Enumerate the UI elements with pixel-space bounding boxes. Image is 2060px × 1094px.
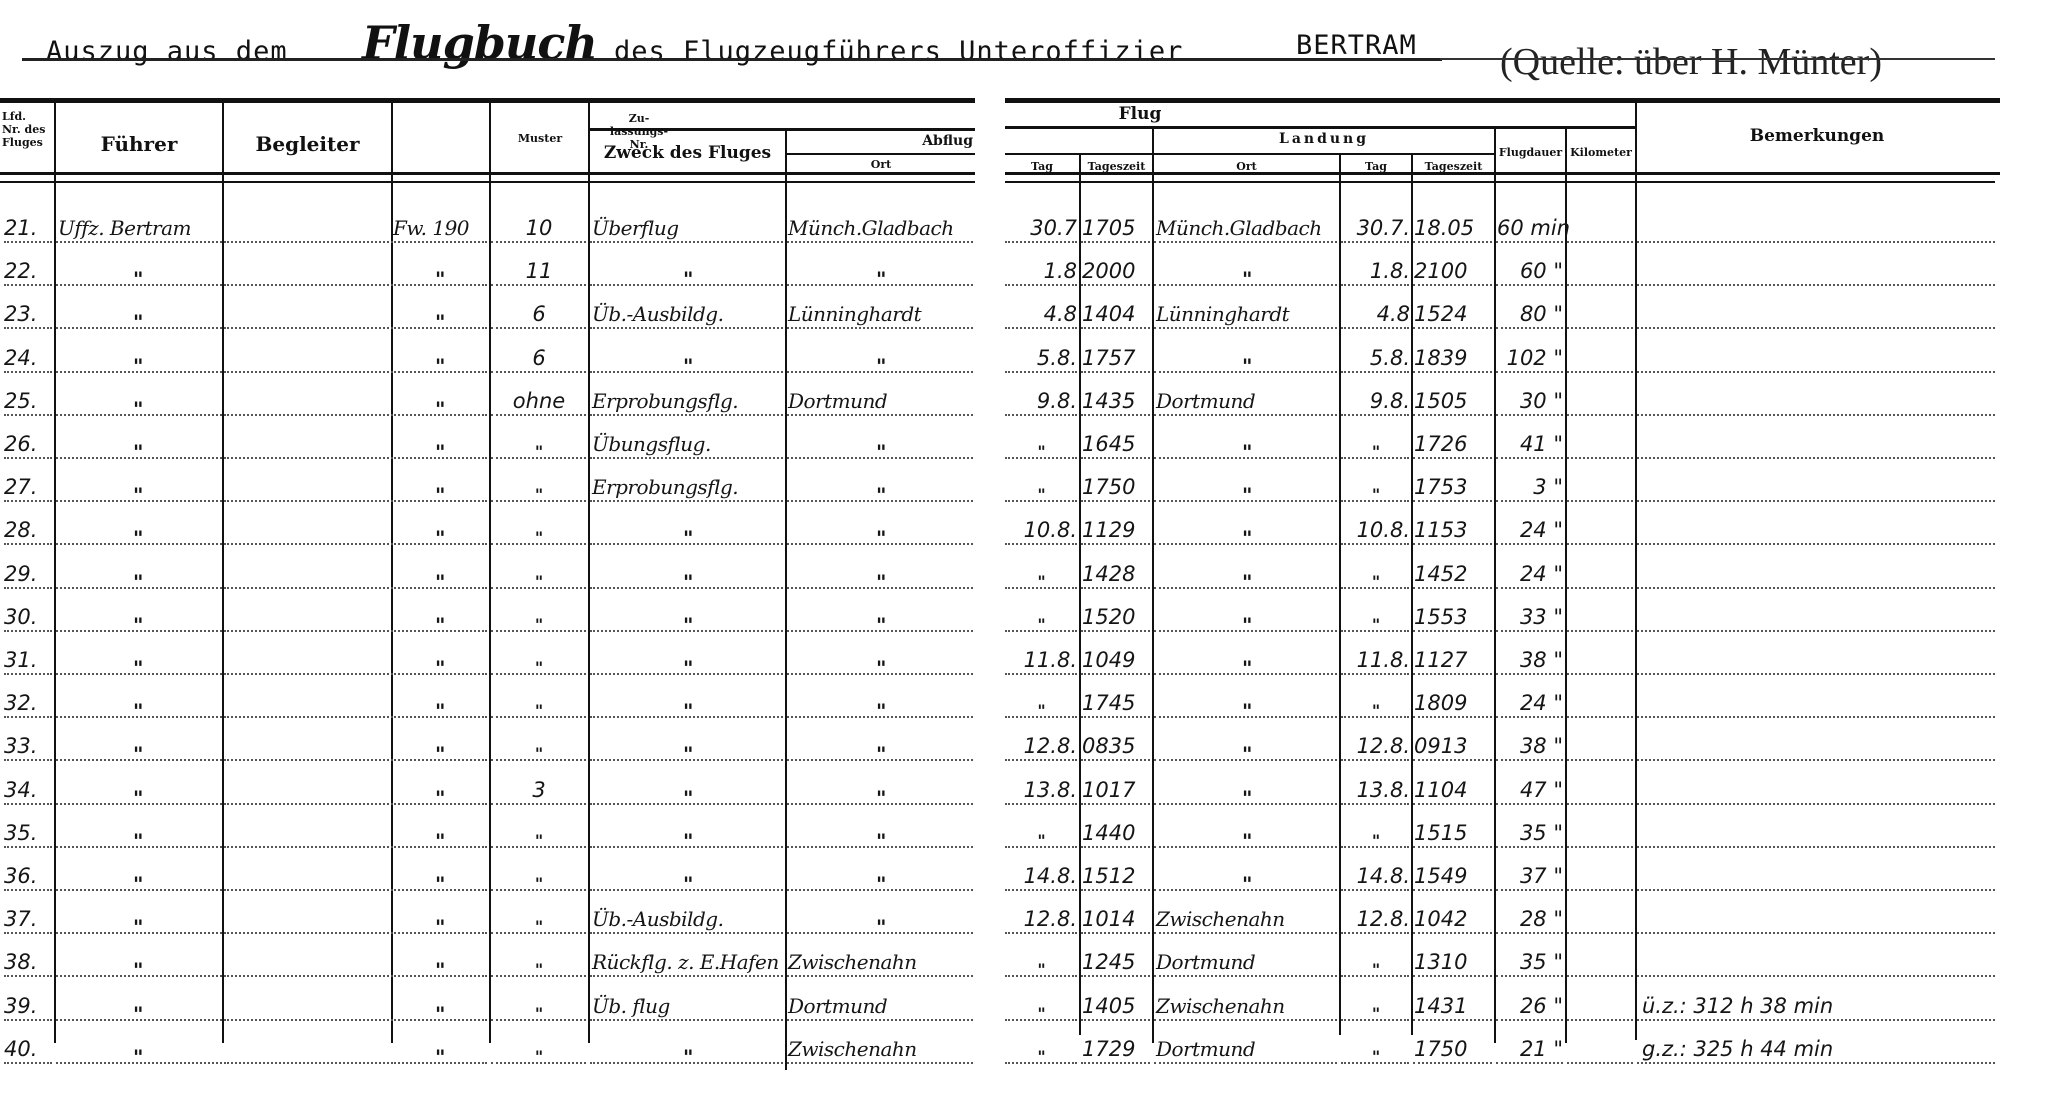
cell-landung-ort: Zwischenahn: [1156, 905, 1338, 933]
header-fuehrer: Führer: [56, 132, 222, 156]
cell-flugdauer: 60 ": [1497, 257, 1563, 285]
cell-landung-ort: ": [1156, 654, 1338, 682]
cell-abflug-zeit: 1129: [1082, 516, 1152, 544]
cell-abflug-tag: ": [1006, 1000, 1077, 1028]
title-prefix: Auszug aus dem: [46, 36, 288, 67]
ruled-line: [1567, 371, 1633, 373]
ruled-line: [1637, 932, 1995, 934]
cell-abflug-ort: ": [788, 438, 974, 466]
ruled-line: [1637, 284, 1995, 286]
cell-abflug-ort: ": [788, 870, 974, 898]
cell-zweck: Üb.-Ausbildg.: [592, 905, 784, 933]
cell-bemerkungen: ü.z.: 312 h 38 min: [1642, 992, 1942, 1020]
ruled-line: [1637, 457, 1995, 459]
cell-landung-ort: ": [1156, 352, 1338, 380]
cell-zulassungs-nr: ": [492, 654, 586, 682]
cell-landung-ort: ": [1156, 568, 1338, 596]
ruled-line: [1567, 1019, 1633, 1021]
cell-abflug-ort: ": [788, 784, 974, 812]
ruled-line: [1637, 500, 1995, 502]
cell-abflug-zeit: 1645: [1082, 430, 1152, 458]
ruled-line: [1637, 716, 1995, 718]
header-landung-tageszeit: Tageszeit: [1413, 160, 1494, 173]
pilot-name: BERTRAM: [1296, 30, 1417, 61]
cell-zulassungs-nr: ": [492, 1000, 586, 1028]
cell-flugdauer: 35 ": [1497, 948, 1563, 976]
cell-zweck: Üb.-Ausbildg.: [592, 300, 784, 328]
cell-landung-ort: Dortmund: [1156, 1035, 1338, 1063]
right-top-rule: [1005, 98, 2000, 103]
cell-zweck: ": [592, 568, 784, 596]
cell-fuehrer: ": [58, 395, 218, 423]
cell-flugdauer: 41 ": [1497, 430, 1563, 458]
cell-abflug-ort: ": [788, 740, 974, 768]
header-abflug: Abflug: [787, 135, 973, 148]
ruled-line: [1567, 803, 1633, 805]
cell-muster: ": [393, 697, 487, 725]
cell-landung-tag: ": [1342, 611, 1410, 639]
cell-abflug-tag: ": [1006, 827, 1077, 855]
header-zweck: Zweck des Fluges: [590, 143, 785, 163]
cell-zweck: Üb. flug: [592, 992, 784, 1020]
cell-abflug-ort: ": [788, 654, 974, 682]
cell-abflug-tag: ": [1006, 697, 1077, 725]
cell-zweck: ": [592, 265, 784, 293]
header-abflug-tag: Tag: [1005, 160, 1079, 173]
cell-lfd-nr: 26.: [4, 430, 54, 458]
cell-muster: ": [393, 740, 487, 768]
cell-fuehrer: Uffz. Bertram: [58, 214, 218, 242]
cell-zulassungs-nr: ": [492, 870, 586, 898]
ruled-line: [1567, 414, 1633, 416]
cell-abflug-zeit: 1428: [1082, 560, 1152, 588]
cell-zulassungs-nr: ": [492, 913, 586, 941]
cell-abflug-tag: 30.7: [1006, 214, 1077, 242]
cell-lfd-nr: 23.: [4, 300, 54, 328]
cell-zulassungs-nr: ": [492, 697, 586, 725]
ruled-line: [1637, 889, 1995, 891]
cell-landung-ort: ": [1156, 740, 1338, 768]
ruled-line: [1567, 587, 1633, 589]
cell-abflug-zeit: 0835: [1082, 732, 1152, 760]
cell-abflug-ort: ": [788, 481, 974, 509]
cell-abflug-ort: ": [788, 611, 974, 639]
ruled-line: [224, 543, 389, 545]
cell-landung-tag: 12.8.: [1342, 732, 1410, 760]
left-top-rule: [0, 98, 975, 103]
cell-abflug-tag: 11.8.: [1006, 646, 1077, 674]
cell-bemerkungen: g.z.: 325 h 44 min: [1642, 1035, 1942, 1063]
cell-lfd-nr: 32.: [4, 689, 54, 717]
cell-landung-zeit: 1153: [1414, 516, 1492, 544]
header-begleiter: Begleiter: [224, 132, 391, 156]
cell-abflug-tag: 4.8: [1006, 300, 1077, 328]
ruled-line: [1637, 673, 1995, 675]
cell-landung-zeit: 2100: [1414, 257, 1492, 285]
cell-abflug-tag: 10.8.: [1006, 516, 1077, 544]
cell-landung-zeit: 1524: [1414, 300, 1492, 328]
cell-abflug-zeit: 1729: [1082, 1035, 1152, 1063]
ruled-line: [224, 1019, 389, 1021]
cell-landung-ort: Münch.Gladbach: [1156, 214, 1338, 242]
ruled-line: [224, 587, 389, 589]
cell-zweck: ": [592, 611, 784, 639]
cell-abflug-ort: ": [788, 524, 974, 552]
cell-lfd-nr: 30.: [4, 603, 54, 631]
cell-abflug-ort: Zwischenahn: [788, 1035, 974, 1063]
title-underline: [22, 58, 1442, 61]
cell-flugdauer: 60 min: [1497, 214, 1563, 242]
cell-lfd-nr: 40.: [4, 1035, 54, 1063]
cell-landung-zeit: 1809: [1414, 689, 1492, 717]
cell-abflug-ort: ": [788, 697, 974, 725]
cell-muster: ": [393, 870, 487, 898]
cell-fuehrer: ": [58, 265, 218, 293]
cell-landung-ort: ": [1156, 481, 1338, 509]
col-divider: [1494, 128, 1496, 1043]
abflug-ort-rule: [785, 153, 975, 155]
cell-landung-tag: ": [1342, 827, 1410, 855]
cell-zulassungs-nr: ": [492, 1043, 586, 1071]
cell-abflug-tag: ": [1006, 438, 1077, 466]
cell-fuehrer: ": [58, 611, 218, 639]
ruled-line: [1567, 673, 1633, 675]
cell-flugdauer: 24 ": [1497, 560, 1563, 588]
cell-zulassungs-nr: ohne: [492, 387, 586, 415]
cell-abflug-ort: Lünninghardt: [788, 300, 974, 328]
title-underline-strike: [1440, 58, 1995, 60]
cell-zulassungs-nr: ": [492, 481, 586, 509]
cell-lfd-nr: 24.: [4, 344, 54, 372]
cell-zulassungs-nr: ": [492, 956, 586, 984]
cell-landung-ort: ": [1156, 827, 1338, 855]
left-header-rule-2: [0, 181, 975, 183]
cell-lfd-nr: 22.: [4, 257, 54, 285]
cell-fuehrer: ": [58, 352, 218, 380]
cell-abflug-zeit: 1512: [1082, 862, 1152, 890]
cell-muster: ": [393, 308, 487, 336]
cell-muster: ": [393, 784, 487, 812]
cell-landung-tag: ": [1342, 438, 1410, 466]
cell-fuehrer: ": [58, 870, 218, 898]
cell-landung-zeit: 1750: [1414, 1035, 1492, 1063]
cell-landung-ort: Dortmund: [1156, 948, 1338, 976]
cell-abflug-tag: ": [1006, 611, 1077, 639]
cell-abflug-ort: Dortmund: [788, 992, 974, 1020]
cell-landung-tag: ": [1342, 1000, 1410, 1028]
ruled-line: [1567, 975, 1633, 977]
cell-lfd-nr: 28.: [4, 516, 54, 544]
cell-muster: ": [393, 265, 487, 293]
cell-landung-tag: 14.8.: [1342, 862, 1410, 890]
ruled-line: [224, 327, 389, 329]
cell-muster: Fw. 190: [393, 214, 487, 242]
cell-landung-tag: ": [1342, 481, 1410, 509]
cell-flugdauer: 30 ": [1497, 387, 1563, 415]
cell-zweck: Erprobungsflg.: [592, 473, 784, 501]
ruled-line: [224, 759, 389, 761]
cell-landung-tag: ": [1342, 568, 1410, 596]
cell-lfd-nr: 33.: [4, 732, 54, 760]
cell-landung-tag: ": [1342, 956, 1410, 984]
cell-muster: ": [393, 913, 487, 941]
ruled-line: [224, 414, 389, 416]
cell-flugdauer: 24 ": [1497, 516, 1563, 544]
cell-landung-tag: 4.8: [1342, 300, 1410, 328]
cell-abflug-ort: Münch.Gladbach: [788, 214, 974, 242]
ruled-line: [224, 975, 389, 977]
cell-landung-zeit: 1553: [1414, 603, 1492, 631]
cell-muster: ": [393, 611, 487, 639]
ruled-line: [224, 803, 389, 805]
ruled-line: [1567, 846, 1633, 848]
header-muster: Muster: [491, 132, 589, 145]
cell-lfd-nr: 31.: [4, 646, 54, 674]
cell-landung-ort: ": [1156, 611, 1338, 639]
cell-fuehrer: ": [58, 654, 218, 682]
ruled-line: [1637, 759, 1995, 761]
cell-zweck: ": [592, 870, 784, 898]
ruled-line: [1637, 846, 1995, 848]
cell-muster: ": [393, 1043, 487, 1071]
ruled-line: [1637, 587, 1995, 589]
header-kilometer: Kilometer: [1567, 146, 1635, 159]
cell-abflug-ort: ": [788, 827, 974, 855]
cell-abflug-zeit: 1440: [1082, 819, 1152, 847]
cell-landung-tag: 30.7.: [1342, 214, 1410, 242]
col-divider: [785, 130, 787, 1070]
cell-flugdauer: 28 ": [1497, 905, 1563, 933]
cell-landung-zeit: 1753: [1414, 473, 1492, 501]
cell-lfd-nr: 38.: [4, 948, 54, 976]
header-flugdauer: Flugdauer: [1496, 146, 1565, 159]
cell-zulassungs-nr: ": [492, 611, 586, 639]
cell-zulassungs-nr: ": [492, 438, 586, 466]
cell-fuehrer: ": [58, 740, 218, 768]
ruled-line: [1567, 543, 1633, 545]
cell-landung-zeit: 1431: [1414, 992, 1492, 1020]
col-divider: [1565, 128, 1567, 1043]
cell-zweck: Rückflg. z. E.Hafen: [592, 948, 784, 976]
source-note: (Quelle: über H. Münter): [1500, 40, 1882, 84]
cell-lfd-nr: 36.: [4, 862, 54, 890]
cell-landung-zeit: 1515: [1414, 819, 1492, 847]
cell-flugdauer: 80 ": [1497, 300, 1563, 328]
cell-zweck: ": [592, 740, 784, 768]
cell-landung-zeit: 1549: [1414, 862, 1492, 890]
cell-fuehrer: ": [58, 524, 218, 552]
ruled-line: [1567, 759, 1633, 761]
ruled-line: [1637, 803, 1995, 805]
cell-zweck: ": [592, 1043, 784, 1071]
cell-abflug-tag: ": [1006, 956, 1077, 984]
cell-muster: ": [393, 438, 487, 466]
cell-flugdauer: 24 ": [1497, 689, 1563, 717]
cell-landung-ort: Zwischenahn: [1156, 992, 1338, 1020]
cell-abflug-ort: ": [788, 265, 974, 293]
cell-muster: ": [393, 827, 487, 855]
cell-abflug-ort: ": [788, 352, 974, 380]
cell-zulassungs-nr: 6: [492, 344, 586, 372]
cell-landung-tag: ": [1342, 1043, 1410, 1071]
cell-muster: ": [393, 1000, 487, 1028]
cell-abflug-zeit: 1750: [1082, 473, 1152, 501]
header-landung: Landung: [1154, 133, 1494, 146]
cell-fuehrer: ": [58, 1043, 218, 1071]
cell-landung-zeit: 1127: [1414, 646, 1492, 674]
cell-zulassungs-nr: 10: [492, 214, 586, 242]
cell-landung-ort: Dortmund: [1156, 387, 1338, 415]
cell-fuehrer: ": [58, 827, 218, 855]
cell-zweck: ": [592, 784, 784, 812]
cell-landung-zeit: 1310: [1414, 948, 1492, 976]
cell-landung-zeit: 1505: [1414, 387, 1492, 415]
cell-lfd-nr: 29.: [4, 560, 54, 588]
ruled-line: [224, 1062, 389, 1064]
cell-muster: ": [393, 956, 487, 984]
cell-zulassungs-nr: 3: [492, 776, 586, 804]
cell-zweck: ": [592, 352, 784, 380]
cell-zulassungs-nr: ": [492, 568, 586, 596]
cell-zulassungs-nr: 6: [492, 300, 586, 328]
ruled-line: [224, 716, 389, 718]
cell-abflug-zeit: 1520: [1082, 603, 1152, 631]
ruled-line: [224, 241, 389, 243]
col-divider: [54, 103, 56, 1043]
cell-abflug-zeit: 1404: [1082, 300, 1152, 328]
cell-muster: ": [393, 524, 487, 552]
flug-rule: [1005, 126, 1635, 129]
cell-fuehrer: ": [58, 913, 218, 941]
cell-landung-tag: 10.8.: [1342, 516, 1410, 544]
col-divider: [1411, 155, 1413, 1035]
ruled-line: [1637, 327, 1995, 329]
ruled-line: [1567, 716, 1633, 718]
ruled-line: [1637, 543, 1995, 545]
ruled-line: [224, 673, 389, 675]
cell-abflug-zeit: 1049: [1082, 646, 1152, 674]
ruled-line: [224, 932, 389, 934]
ruled-line: [1567, 932, 1633, 934]
cell-landung-zeit: 1839: [1414, 344, 1492, 372]
cell-abflug-tag: ": [1006, 1043, 1077, 1071]
cell-abflug-ort: ": [788, 568, 974, 596]
ruled-line: [1637, 630, 1995, 632]
cell-abflug-tag: 14.8.: [1006, 862, 1077, 890]
cell-muster: ": [393, 352, 487, 380]
cell-abflug-tag: 12.8.: [1006, 905, 1077, 933]
cell-zweck: ": [592, 827, 784, 855]
header-flug: Flug: [1100, 104, 1180, 124]
cell-lfd-nr: 25.: [4, 387, 54, 415]
cell-abflug-tag: 13.8.: [1006, 776, 1077, 804]
cell-flugdauer: 102 ": [1497, 344, 1563, 372]
cell-landung-ort: ": [1156, 524, 1338, 552]
cell-zulassungs-nr: ": [492, 524, 586, 552]
cell-fuehrer: ": [58, 784, 218, 812]
cell-landung-tag: 5.8.: [1342, 344, 1410, 372]
cell-zweck: ": [592, 654, 784, 682]
col-divider: [588, 103, 590, 1043]
cell-landung-tag: ": [1342, 697, 1410, 725]
ruled-line: [224, 846, 389, 848]
header-lfd-nr: Lfd.Nr. desFluges: [2, 110, 52, 149]
ruled-line: [224, 500, 389, 502]
cell-landung-ort: ": [1156, 265, 1338, 293]
cell-landung-zeit: 18.05: [1414, 214, 1492, 242]
cell-landung-tag: 9.8.: [1342, 387, 1410, 415]
cell-landung-ort: ": [1156, 784, 1338, 812]
col-divider: [1152, 128, 1154, 1043]
col-divider: [489, 103, 491, 1043]
cell-landung-ort: Lünninghardt: [1156, 300, 1338, 328]
cell-lfd-nr: 35.: [4, 819, 54, 847]
cell-landung-zeit: 1104: [1414, 776, 1492, 804]
cell-landung-tag: 13.8.: [1342, 776, 1410, 804]
ruled-line: [1567, 457, 1633, 459]
header-landung-tag: Tag: [1341, 160, 1411, 173]
cell-flugdauer: 47 ": [1497, 776, 1563, 804]
ruled-line: [1637, 975, 1995, 977]
cell-landung-zeit: 1726: [1414, 430, 1492, 458]
cell-zweck: Erprobungsflg.: [592, 387, 784, 415]
cell-landung-ort: ": [1156, 870, 1338, 898]
cell-abflug-tag: 12.8.: [1006, 732, 1077, 760]
ruled-line: [1567, 1062, 1633, 1064]
cell-abflug-ort: Dortmund: [788, 387, 974, 415]
cell-flugdauer: 33 ": [1497, 603, 1563, 631]
cell-abflug-tag: 5.8.: [1006, 344, 1077, 372]
ruled-line: [224, 284, 389, 286]
ruled-line: [1567, 630, 1633, 632]
cell-abflug-zeit: 1014: [1082, 905, 1152, 933]
cell-abflug-ort: ": [788, 913, 974, 941]
cell-flugdauer: 21 ": [1497, 1035, 1563, 1063]
cell-fuehrer: ": [58, 697, 218, 725]
cell-zulassungs-nr: ": [492, 827, 586, 855]
cell-lfd-nr: 21.: [4, 214, 54, 242]
header-abflug-tageszeit: Tageszeit: [1081, 160, 1152, 173]
cell-muster: ": [393, 395, 487, 423]
cell-fuehrer: ": [58, 1000, 218, 1028]
cell-landung-tag: 11.8.: [1342, 646, 1410, 674]
col-divider: [1079, 155, 1081, 1035]
cell-landung-tag: 1.8.: [1342, 257, 1410, 285]
cell-lfd-nr: 27.: [4, 473, 54, 501]
cell-landung-zeit: 1042: [1414, 905, 1492, 933]
cell-flugdauer: 35 ": [1497, 819, 1563, 847]
header-abflug-ort: Ort: [787, 158, 975, 171]
ruled-line: [224, 371, 389, 373]
cell-lfd-nr: 34.: [4, 776, 54, 804]
ruled-line: [1567, 500, 1633, 502]
header-bemerkungen: Bemerkungen: [1637, 126, 1997, 146]
cell-abflug-tag: ": [1006, 481, 1077, 509]
cell-fuehrer: ": [58, 568, 218, 596]
col-divider: [1339, 155, 1341, 1035]
cell-landung-zeit: 1452: [1414, 560, 1492, 588]
cell-abflug-zeit: 1757: [1082, 344, 1152, 372]
cell-landung-tag: 12.8.: [1342, 905, 1410, 933]
ruled-line: [1567, 327, 1633, 329]
left-header-rule-1: [0, 172, 975, 175]
cell-muster: ": [393, 481, 487, 509]
cell-abflug-tag: 9.8.: [1006, 387, 1077, 415]
header-landung-ort: Ort: [1154, 160, 1339, 173]
cell-zweck: ": [592, 697, 784, 725]
cell-zweck: Übungsflug.: [592, 430, 784, 458]
cell-abflug-zeit: 1435: [1082, 387, 1152, 415]
